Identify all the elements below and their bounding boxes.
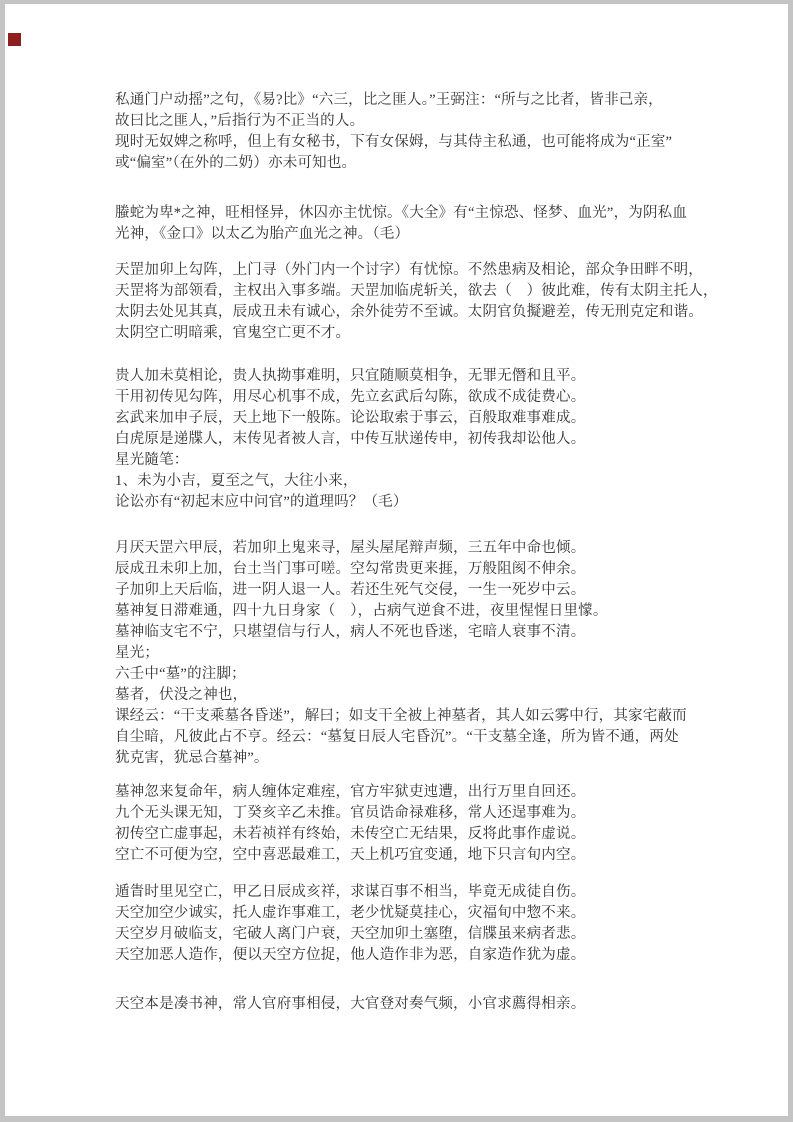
text-line: 太阴去处见其真，辰成丑未有诚心，余外徒劳不至诚。太阴官负擬避差，传无刑克定和谐。 — [115, 302, 715, 323]
paragraph: 遁眚时里见空亡，甲乙日辰成亥祥，求谋百事不相当，毕竟无成徒自伤。 天空加空少诚实… — [115, 882, 715, 966]
text-line: 天空岁月破临支，宅破人离门户衰，天空加卯土塞堕，信牒虽来病者悲。 — [115, 924, 715, 945]
paragraph: 贵人加未莫相论，贵人执拗事难明，只宜随顺莫相争，无罪无僭和且平。 干用初传见勾阵… — [115, 366, 715, 513]
text-line: 辰成丑未卯上加，台土当门事可嗟。空勾常贵更来捱，万般阻阂不伸余。 — [115, 559, 715, 580]
paragraph: 螣蛇为卑*之神，旺相怪异，休囚亦主忧惊。《大全》有“主惊恐、怪梦、血光”，为阴私… — [115, 203, 715, 245]
text-line: 初传空亡虚事起，未若祯祥有终始，未传空亡无结果，反将此事作虚说。 — [115, 824, 715, 845]
text-line: 墓神复日滞难通，四十九日身家（ ），占病气逆食不进，夜里惺惺日里懞。 — [115, 601, 715, 622]
text-line: 六壬中“墓”的注脚； — [115, 664, 715, 685]
text-line: 玄武来加申子辰，天上地下一般陈。论讼取索于事云，百般取难事难成。 — [115, 408, 715, 429]
text-line: 贵人加未莫相论，贵人执拗事难明，只宜随顺莫相争，无罪无僭和且平。 — [115, 366, 715, 387]
text-line: 课经云：“干支乘墓各昏迷”，解曰；如支干全被上神墓者，其人如云雾中行，其家宅蔽而 — [115, 706, 715, 727]
text-line: 天空本是凑书神，常人官府事相侵，大官登对奏气频，小官求薦得相亲。 — [115, 994, 715, 1015]
paragraph: 墓神忽来复命年，病人缠体定难痓，官方牢狱吏迍遭，出行万里自回还。 九个无头课无知… — [115, 782, 715, 866]
text-line: 犹克害，犹忌合墓神”。 — [115, 748, 715, 769]
text-line: 天罡将为部领看，主权出入事多端。天罡加临虎斩关，欲去（ ）彼此难，传有太阴主托人… — [115, 281, 715, 302]
text-line: 天空加恶人造作，便以天空方位捉，他人造作非为恶，自家造作犹为虚。 — [115, 945, 715, 966]
paragraph: 天罡加卯上勾阵，上门寻（外门内一个讨字）有忧惊。不然患病及相论，部众争田畔不明，… — [115, 260, 715, 344]
text-line: 星光； — [115, 643, 715, 664]
text-line: 干用初传见勾阵，用尽心机事不成，先立玄武后勾陈，欲成不成徒费心。 — [115, 387, 715, 408]
document-text: 私通门户动摇”之句，《易?比》“六三，比之匪人。”王弼注：“所与之比者，皆非己亲… — [115, 90, 715, 1015]
text-line: 墓神忽来复命年，病人缠体定难痓，官方牢狱吏迍遭，出行万里自回还。 — [115, 782, 715, 803]
text-line: 白虎原是递牒人，末传见者被人言，中传互狀递传申，初传我却讼他人。 — [115, 429, 715, 450]
text-line: 现时无奴婢之称呼，但上有女秘书，下有女保姆，与其侍主私通，也可能将成为“正室” — [115, 132, 715, 153]
document-viewport: { "page": { "background_color": "#c4c4c4… — [0, 0, 793, 1122]
text-line: 遁眚时里见空亡，甲乙日辰成亥祥，求谋百事不相当，毕竟无成徒自伤。 — [115, 882, 715, 903]
text-line: 天空加空少诚实，托人虚诈事难工，老少忧疑莫挂心，灾福旬中惣不来。 — [115, 903, 715, 924]
paragraph: 天空本是凑书神，常人官府事相侵，大官登对奏气频，小官求薦得相亲。 — [115, 994, 715, 1015]
text-line: 光神，《金口》以太乙为胎产血光之神。（毛） — [115, 224, 715, 245]
text-line: 故曰比之匪人，”后指行为不正当的人。 — [115, 111, 715, 132]
text-line: 或“偏室”（在外的二奶）亦未可知也。 — [115, 153, 715, 174]
text-line: 墓者，伏没之神也， — [115, 685, 715, 706]
text-line: 空亡不可便为空，空中喜恶最难工，天上机巧宜变通，地下只言旬内空。 — [115, 845, 715, 866]
text-line: 螣蛇为卑*之神，旺相怪异，休囚亦主忧惊。《大全》有“主惊恐、怪梦、血光”，为阴私… — [115, 203, 715, 224]
text-line: 月厌天罡六甲辰，若加卯上鬼来寻，屋头屋尾辩声频，三五年中命也倾。 — [115, 538, 715, 559]
text-line: 私通门户动摇”之句，《易?比》“六三，比之匪人。”王弼注：“所与之比者，皆非己亲… — [115, 90, 715, 111]
paragraph: 私通门户动摇”之句，《易?比》“六三，比之匪人。”王弼注：“所与之比者，皆非己亲… — [115, 90, 715, 174]
text-line: 子加卯上天后临，进一阴人退一人。若还生死气交侵，一生一死岁中云。 — [115, 580, 715, 601]
text-line: 太阴空亡明暗乘，官鬼空亡更不才。 — [115, 323, 715, 344]
text-line: 1、未为小吉，夏至之气，大往小来， — [115, 471, 715, 492]
text-line: 星光隨笔： — [115, 450, 715, 471]
document-page: 私通门户动摇”之句，《易?比》“六三，比之匪人。”王弼注：“所与之比者，皆非己亲… — [5, 4, 788, 1116]
text-line: 九个无头课无知，丁癸亥辛乙未推。官员诰命禄难移，常人还逞事难为。 — [115, 803, 715, 824]
text-line: 自尘暗，凡彼此占不亨。经云：“墓复日辰人宅昏沉”。“干支墓全逢，所为皆不通，两处 — [115, 727, 715, 748]
text-line: 论讼亦有“初起末应中问官”的道理吗？（毛） — [115, 492, 715, 513]
paragraph: 月厌天罡六甲辰，若加卯上鬼来寻，屋头屋尾辩声频，三五年中命也倾。 辰成丑未卯上加… — [115, 538, 715, 769]
red-square-marker-icon — [8, 33, 21, 46]
text-line: 墓神临支宅不宁，只堪望信与行人，病人不死也昏迷，宅暗人衰事不清。 — [115, 622, 715, 643]
text-line: 天罡加卯上勾阵，上门寻（外门内一个讨字）有忧惊。不然患病及相论，部众争田畔不明， — [115, 260, 715, 281]
